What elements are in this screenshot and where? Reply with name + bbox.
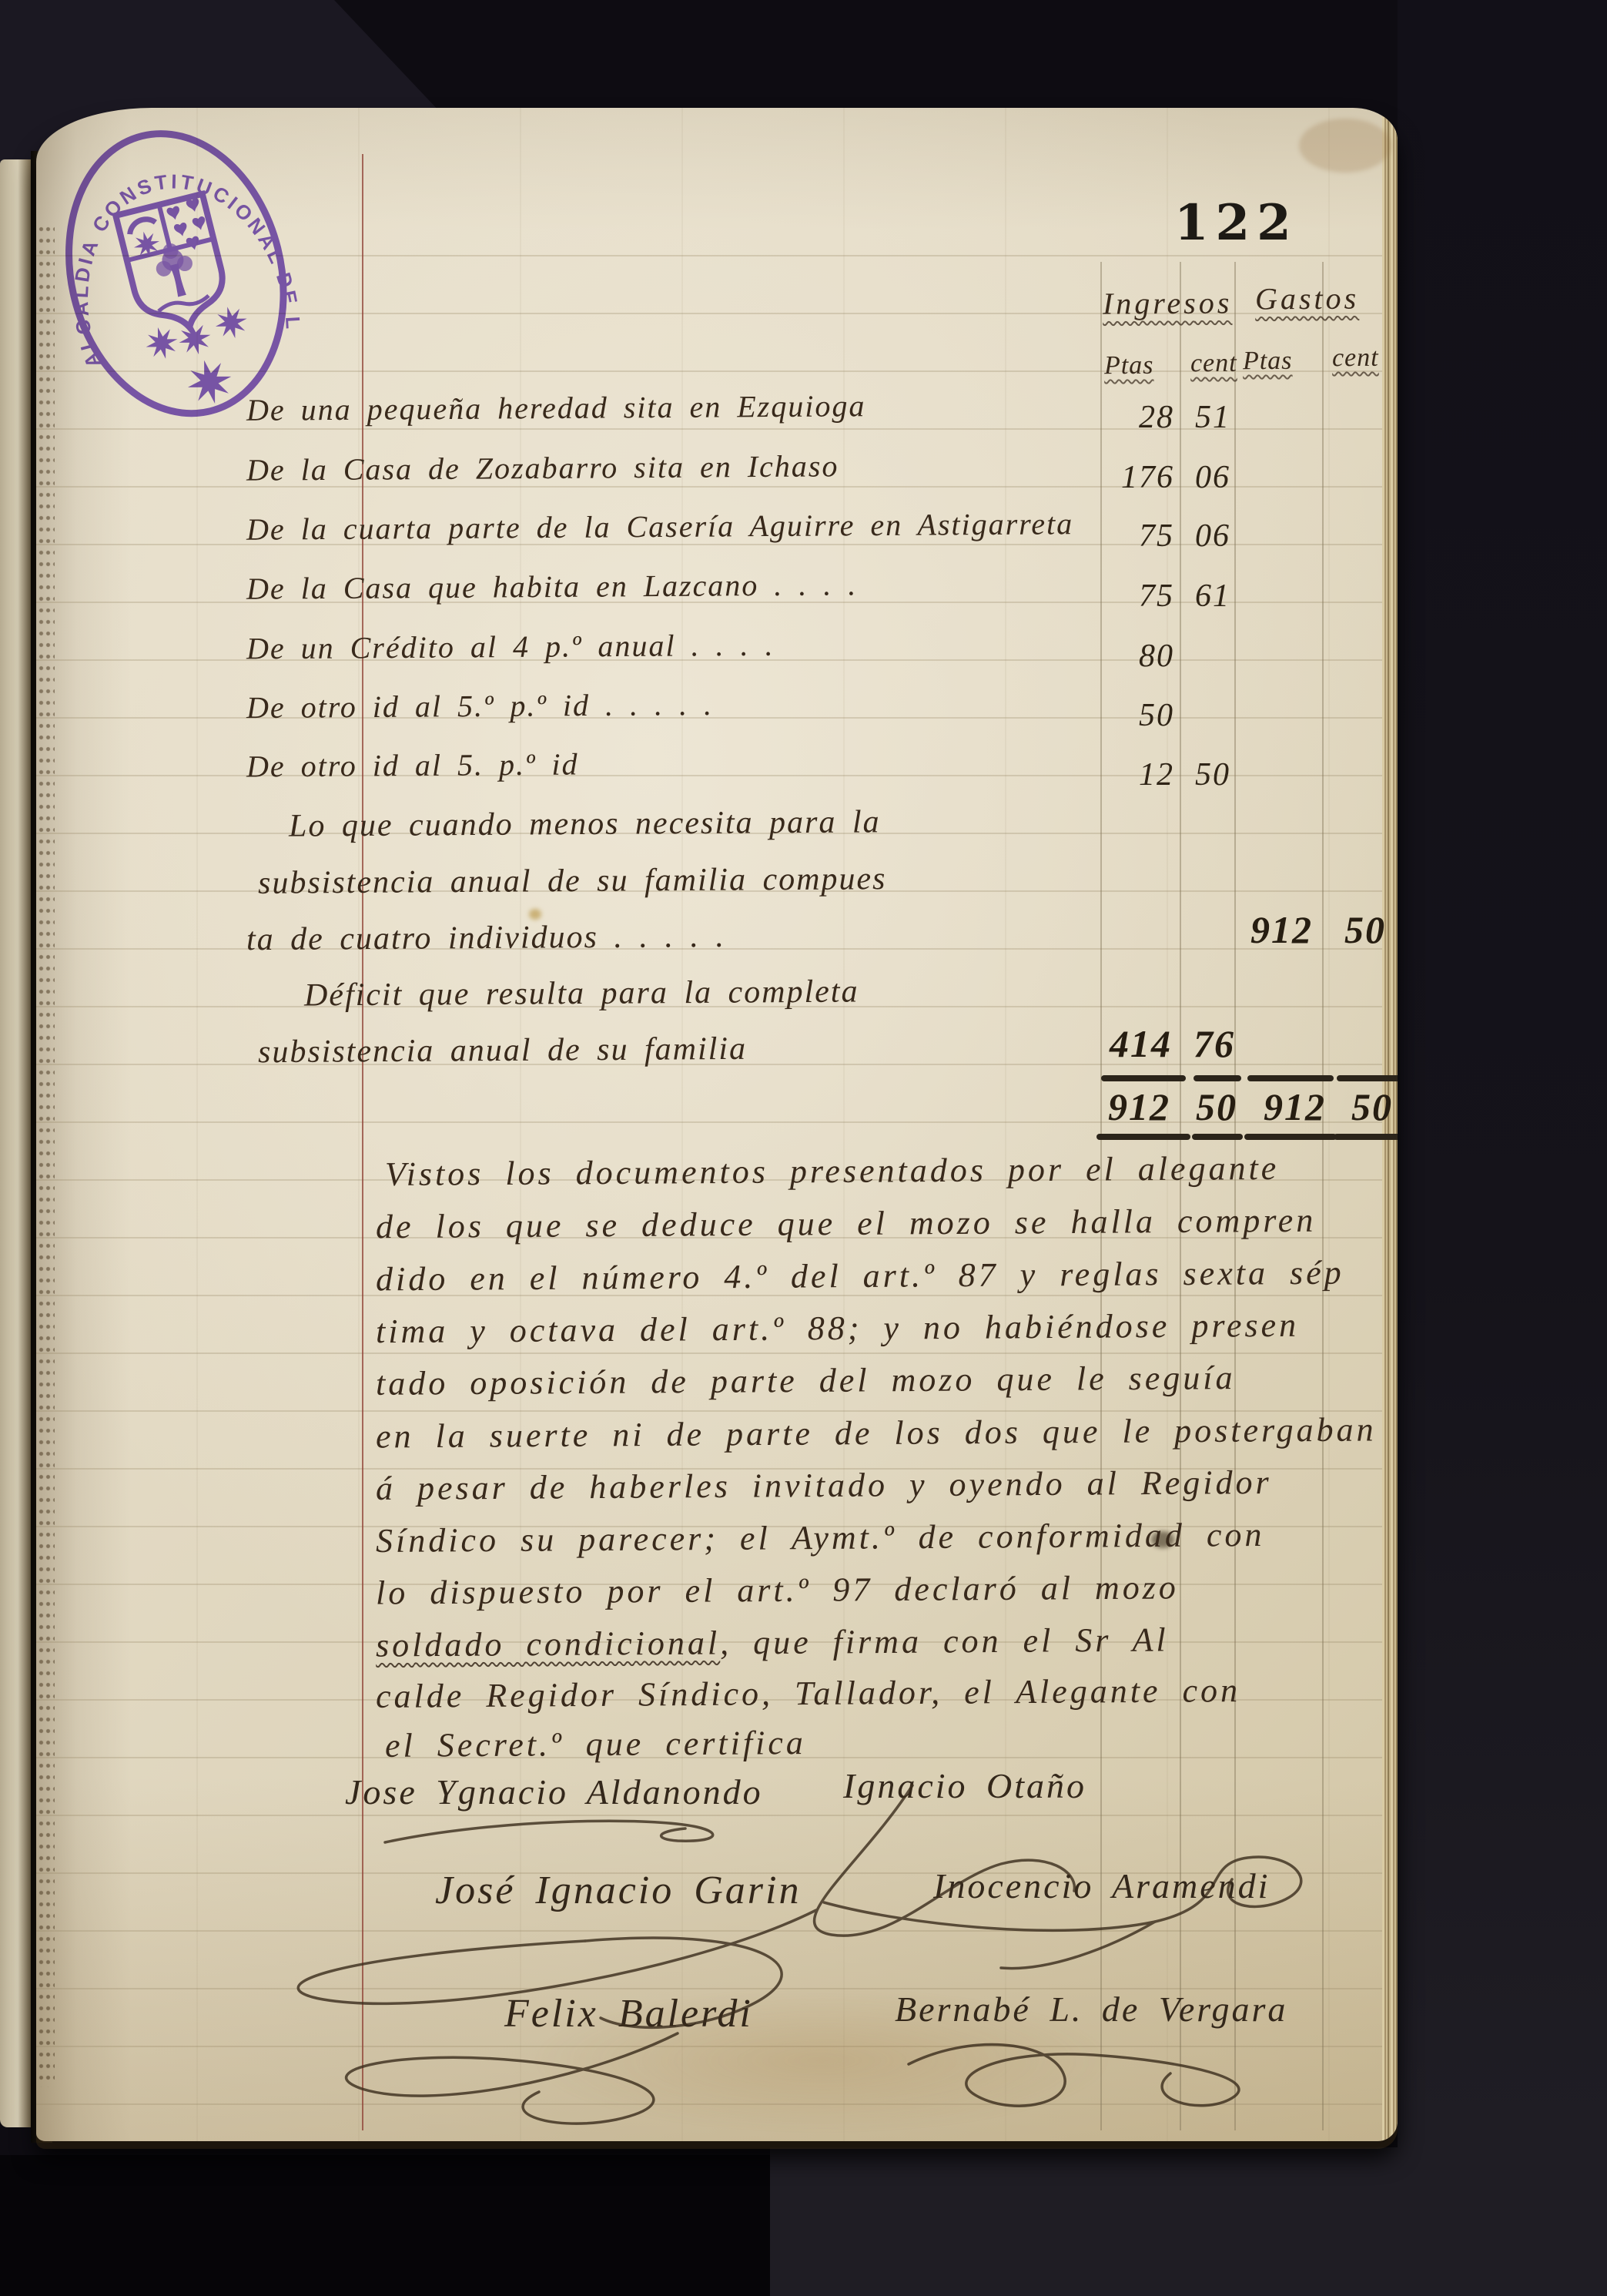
- background-right-panel: [1398, 0, 1607, 2296]
- scanned-ledger-photo: ALCALDIA CONSTITUCIONAL DE LAZCANO: [0, 0, 1607, 2296]
- facing-page-edge: [0, 159, 32, 2127]
- background-bottom-left: [0, 2155, 770, 2296]
- signature-flourishes: [36, 108, 1398, 2141]
- background-bottom-right: [770, 2147, 1607, 2296]
- manuscript-page: ALCALDIA CONSTITUCIONAL DE LAZCANO: [36, 108, 1398, 2141]
